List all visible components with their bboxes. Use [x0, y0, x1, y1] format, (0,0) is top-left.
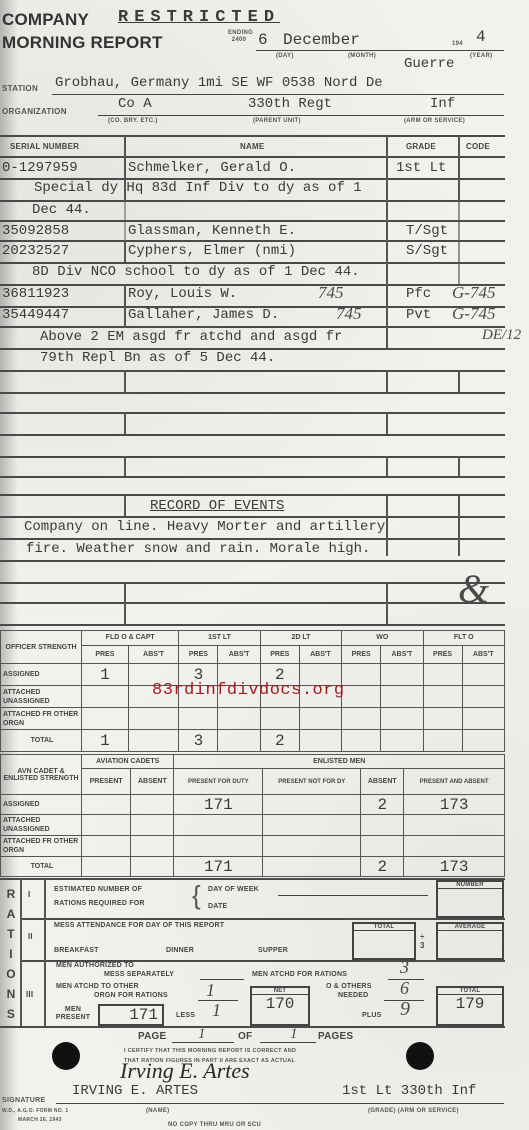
- date-underline: [256, 50, 504, 51]
- ending-label: ENDING 2400: [228, 30, 250, 44]
- grade-caption: (GRADE) (ARM OR SERVICE): [368, 1108, 459, 1114]
- subcol-pres: PRES: [423, 645, 462, 664]
- station-continuation: Guerre: [404, 56, 454, 72]
- less-value: 1: [212, 1000, 221, 1021]
- subcol-abst: ABS'T: [299, 645, 341, 664]
- mess-total-box: TOTAL: [352, 922, 416, 960]
- mess-average-box: AVERAGE: [436, 922, 504, 960]
- o-others-label-1: O & OTHERS: [326, 983, 372, 990]
- roster-grade-3: S/Sgt: [406, 243, 448, 259]
- form-date: MARCH 26, 1943: [18, 1117, 62, 1123]
- roster-serial-5: 35449447: [2, 307, 69, 323]
- mess-attendance-label: MESS ATTENDANCE FOR DAY OF THIS REPORT: [54, 922, 224, 929]
- rations-total-box: TOTAL 179: [436, 986, 504, 1026]
- org-caption-unit: (CO. BRY. ETC.): [108, 118, 158, 124]
- col-header-code: CODE: [466, 142, 490, 151]
- officer-group-4: WO: [342, 631, 423, 646]
- atchd-other-label-1: MEN ATCHD TO OTHER: [56, 983, 139, 990]
- company-label: COMPANY: [2, 10, 89, 30]
- supper-label: SUPPER: [258, 947, 288, 954]
- signer-name: IRVING E. ARTES: [72, 1083, 198, 1099]
- roster-serial-1: 0-1297959: [2, 160, 78, 176]
- record-of-events-title: RECORD OF EVENTS: [150, 498, 284, 514]
- subcol-abst: ABS'T: [381, 645, 423, 664]
- report-title: MORNING REPORT: [2, 33, 163, 53]
- page-number: 1: [198, 1026, 206, 1043]
- roster-remark-2: Dec 44.: [32, 202, 91, 218]
- subcol-abst: ABS'T: [462, 645, 504, 664]
- officer-group-5: FLT O: [423, 631, 504, 646]
- col-header-grade: GRADE: [406, 142, 436, 151]
- classification-stamp: RESTRICTED: [118, 8, 280, 27]
- o-others-value: 6: [400, 978, 409, 999]
- binder-hole-left: [52, 1042, 80, 1070]
- organization-label: ORGANIZATION: [2, 107, 67, 116]
- men-present-label: MEN PRESENT: [50, 1006, 96, 1022]
- watermark-link[interactable]: 83rdinfdivdocs.org: [152, 681, 345, 700]
- subcol-pres: PRES: [82, 645, 129, 664]
- report-day: 6: [258, 31, 268, 49]
- organization-underline: [98, 115, 504, 116]
- events-line-2: fire. Weather snow and rain. Morale high…: [26, 541, 370, 557]
- roster-remark-1: Special dy Hq 83d Inf Div to dy as of 1: [34, 180, 362, 196]
- signature-label: SIGNATURE: [2, 1097, 45, 1104]
- org-parent-unit: 330th Regt: [248, 96, 332, 112]
- signature-line: [56, 1103, 504, 1104]
- report-year-digit: 4: [476, 28, 486, 46]
- roster-remark-3: 8D Div NCO school to dy as of 1 Dec 44.: [32, 264, 360, 280]
- roster-name-3: Cyphers, Elmer (nmi): [128, 243, 296, 259]
- roster-name-4: Roy, Louis W.: [128, 286, 237, 302]
- men-present-box: 171: [98, 1004, 164, 1026]
- bottom-note: NO COPY THRU MRU OR SCU: [168, 1122, 261, 1128]
- net-value: 170: [252, 995, 308, 1013]
- breakfast-label: BREAKFAST: [54, 947, 99, 954]
- rations-estimate-label-1: ESTIMATED NUMBER OF: [54, 886, 142, 893]
- signer-grade: 1st Lt 330th Inf: [342, 1083, 476, 1099]
- divide-by-three: ÷ 3: [420, 932, 430, 950]
- rations-estimate-label-2: RATIONS REQUIRED FOR: [54, 900, 145, 907]
- rations-total-value: 179: [438, 995, 502, 1013]
- subcol-abst: ABS'T: [128, 645, 179, 664]
- enlisted-row-attached-unassigned: ATTACHED UNASSIGNED: [1, 815, 505, 836]
- officer-group-2: 1ST LT: [179, 631, 260, 646]
- roster-serial-2: 35092858: [2, 223, 69, 239]
- station-value: Grobhau, Germany 1mi SE WF 0538 Nord De: [55, 75, 383, 91]
- roster-margin-note: DE/12: [482, 327, 521, 344]
- org-caption-arm: (ARM OR SERVICE): [404, 118, 465, 124]
- roster-code-4: G-745: [452, 283, 495, 303]
- roster-grade-2: T/Sgt: [406, 223, 448, 239]
- org-arm: Inf: [430, 96, 455, 112]
- roster-grade-1: 1st Lt: [396, 160, 446, 176]
- authorized-label-2: MESS SEPARATELY: [104, 971, 174, 978]
- subcol-pres: PRES: [179, 645, 218, 664]
- roster-name-1: Schmelker, Gerald O.: [128, 160, 296, 176]
- rations-side-label: RATIONS: [6, 884, 16, 1024]
- aviation-cadets-group: AVIATION CADETS: [82, 755, 174, 769]
- morning-report-page: COMPANY RESTRICTED MORNING REPORT ENDING…: [0, 0, 529, 1130]
- day-caption: (DAY): [276, 53, 294, 59]
- rations-section-1-numeral: I: [28, 890, 30, 899]
- atchd-other-value: 1: [206, 980, 215, 1001]
- enlisted-row-attached-other: ATTACHED FR OTHER ORGN: [1, 836, 505, 857]
- roster-name-5: Gallaher, James D.: [128, 307, 279, 323]
- events-line-1: Company on line. Heavy Morter and artill…: [24, 519, 385, 535]
- roster-serial-4: 36811923: [2, 286, 69, 302]
- year-prefix: 194: [452, 41, 463, 47]
- year-caption: (YEAR): [470, 53, 492, 59]
- pages-label: PAGES: [318, 1031, 353, 1042]
- rations-section-3-numeral: III: [26, 990, 33, 999]
- roster-grade-5: Pvt: [406, 307, 431, 323]
- enlisted-strength-table: AVN CADET & ENLISTED STRENGTH AVIATION C…: [0, 754, 505, 877]
- page-count: 1: [290, 1026, 298, 1043]
- less-label: LESS: [176, 1012, 195, 1019]
- month-caption: (MONTH): [348, 53, 376, 59]
- enlisted-row-total: TOTAL 171 2 173: [1, 857, 505, 877]
- of-label: OF: [238, 1031, 252, 1042]
- events-initial-mark: &: [458, 565, 489, 612]
- o-others-label-2: NEEDED: [338, 992, 368, 999]
- net-box: NET 170: [250, 986, 310, 1026]
- report-month: December: [283, 31, 360, 49]
- men-present-value: 171: [100, 1006, 162, 1024]
- officer-row-attached-other: ATTACHED FR OTHER ORGN: [1, 708, 505, 730]
- subcol-pres: PRES: [260, 645, 299, 664]
- col-header-name: NAME: [240, 142, 264, 151]
- handwritten-signature: Irving E. Artes: [120, 1058, 250, 1084]
- officer-strength-title: OFFICER STRENGTH: [1, 631, 82, 664]
- officer-group-3: 2D LT: [260, 631, 341, 646]
- page-label: PAGE: [138, 1031, 166, 1042]
- enlisted-row-assigned: ASSIGNED 171 2 173: [1, 795, 505, 815]
- subcol-abst: ABS'T: [218, 645, 260, 664]
- roster-note-4: 745: [318, 283, 344, 303]
- atchd-other-label-2: ORGN FOR RATIONS: [94, 992, 168, 999]
- station-underline: [52, 94, 504, 95]
- atchd-rations-label: MEN ATCHD FOR RATIONS: [252, 971, 347, 978]
- roster-code-5: G-745: [452, 304, 495, 324]
- day-of-week-field[interactable]: [278, 895, 428, 896]
- authorized-label-1: MEN AUTHORIZED TO: [56, 962, 134, 969]
- col-header-serial: SERIAL NUMBER: [10, 142, 79, 151]
- roster-note-5: 745: [336, 304, 362, 324]
- certification-line-1: I CERTIFY THAT THIS MORNING REPORT IS CO…: [124, 1048, 296, 1054]
- subcol-pres: PRES: [342, 645, 381, 664]
- officer-row-total: TOTAL 1 3 2: [1, 730, 505, 752]
- ration-number-box: NUMBER: [436, 880, 504, 918]
- dinner-label: DINNER: [166, 947, 194, 954]
- org-company: Co A: [118, 96, 152, 112]
- name-caption: (NAME): [146, 1108, 169, 1114]
- binder-hole-right: [406, 1042, 434, 1070]
- rations-section-2-numeral: II: [28, 932, 33, 941]
- enlisted-men-group: ENLISTED MEN: [174, 755, 505, 769]
- brace-icon: {: [192, 880, 201, 911]
- day-of-week-label: DAY OF WEEK: [208, 886, 259, 893]
- station-label: STATION: [2, 84, 38, 93]
- roster-remark-4: Above 2 EM asgd fr atchd and asgd fr: [40, 329, 342, 345]
- form-number: W.D., A.G.O. FORM NO. 1: [2, 1108, 68, 1114]
- plus-label: PLUS: [362, 1012, 381, 1019]
- org-caption-parent: (PARENT UNIT): [253, 118, 301, 124]
- date-label: DATE: [208, 903, 227, 910]
- roster-name-2: Glassman, Kenneth E.: [128, 223, 296, 239]
- officer-group-1: FLD O & CAPT: [82, 631, 179, 646]
- roster-remark-5: 79th Repl Bn as of 5 Dec 44.: [40, 350, 275, 366]
- enlisted-strength-title: AVN CADET & ENLISTED STRENGTH: [1, 755, 82, 795]
- plus-value: 9: [400, 998, 410, 1021]
- roster-serial-3: 20232527: [2, 243, 69, 259]
- atchd-rations-value: 3: [400, 957, 409, 978]
- roster-grade-4: Pfc: [406, 286, 431, 302]
